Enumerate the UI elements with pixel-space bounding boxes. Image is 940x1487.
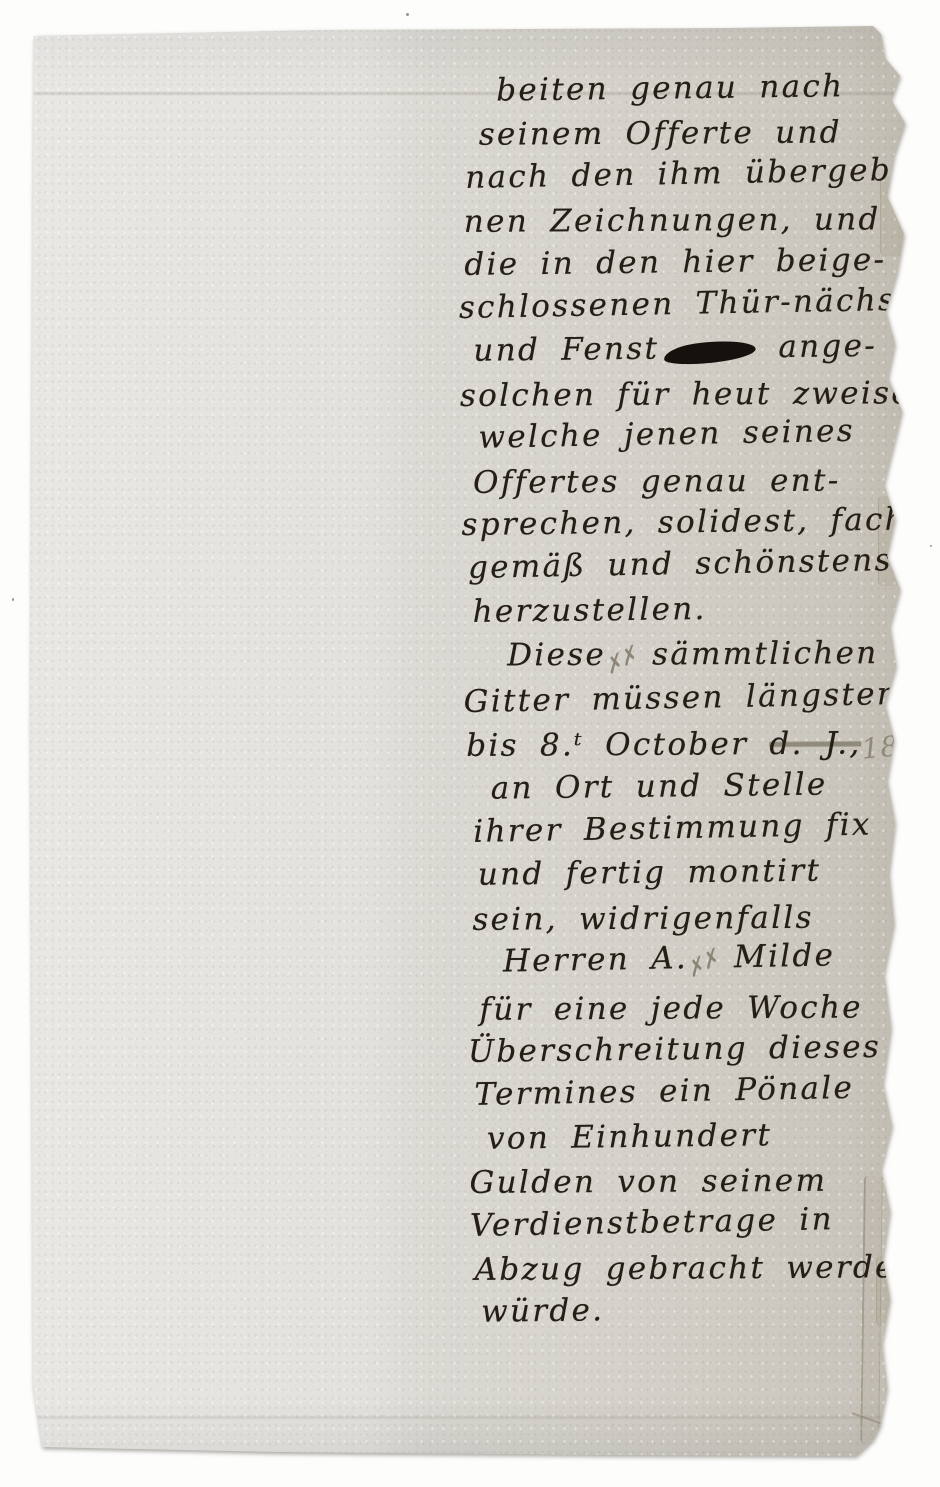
ink-text: solchen für heut zweiser, — [460, 375, 938, 414]
pencil-struck-ink-text: d. J., — [769, 726, 861, 763]
ink-text: nach den ihm übergebe- — [465, 151, 926, 195]
ink-text: seinem Offerte und — [479, 115, 842, 153]
fold-crease-bottom — [28, 1416, 908, 1419]
ink-text: Herren A. — [503, 940, 689, 979]
ink-text: ange- — [757, 328, 877, 365]
handwritten-line-22: für eine jede Woche — [479, 986, 927, 1032]
handwritten-line-3: nach den ihm übergebe- — [465, 148, 918, 200]
ink-blot — [663, 338, 757, 368]
ink-text: Verdienstbetrage in — [470, 1201, 834, 1244]
ink-text: herzustellen. — [472, 591, 706, 630]
handwritten-line-4: nen Zeichnungen, und — [464, 198, 918, 244]
ink-text: ihrer Bestimmung fix — [473, 806, 872, 849]
ink-text: Offertes genau ent- — [473, 462, 841, 500]
handwritten-line-1: beiten genau nach — [496, 64, 916, 113]
handwritten-line-7: und Fenst ange- — [473, 325, 919, 374]
ink-text: gemäß und schönstens — [468, 543, 893, 587]
handwritten-line-27: Verdienstbetrage in — [470, 1196, 931, 1248]
ink-text: sprechen, solidest, fach- — [461, 501, 920, 543]
ink-text: an Ort und Stelle — [491, 766, 828, 806]
handwriting-block: beiten genau nachseinem Offerte undnach … — [456, 64, 931, 1334]
handwritten-line-16: bis 8.ᵗ October d. J.,1887 — [466, 722, 924, 768]
ink-text: bis 8.ᵗ October — [466, 726, 769, 764]
ink-text: Gitter müssen längstens — [463, 675, 917, 719]
handwritten-line-19: und fertig montirt — [478, 849, 926, 898]
scan-speck — [12, 598, 14, 601]
scan-speck — [930, 545, 932, 547]
ink-text: Überschreitung dieses — [468, 1029, 882, 1070]
ink-text: welche jenen seines — [478, 413, 855, 456]
ink-text: sämmtlichen — [631, 635, 879, 673]
handwritten-line-6: schlossenen Thür-nächst= — [459, 279, 920, 331]
pencil-mark: 1887 — [860, 721, 939, 771]
ink-text: Milde — [713, 938, 836, 976]
handwritten-line-15: Gitter müssen längstens — [463, 672, 924, 724]
ink-text: Gulden von seinem — [469, 1163, 827, 1201]
ink-text: Termines ein Pönale — [474, 1070, 854, 1113]
handwritten-line-9: welche jenen seines — [478, 409, 921, 460]
handwritten-line-28: Abzug gebracht werden — [475, 1246, 931, 1292]
handwritten-line-25: von Einhundert — [487, 1112, 929, 1161]
handwritten-line-12: gemäß und schönstens — [468, 539, 923, 591]
ink-text: schlossenen Thür-nächst= — [459, 281, 940, 326]
ink-text: von Einhundert — [487, 1117, 772, 1156]
scan-speck — [406, 13, 409, 16]
ink-text: und Fenst — [473, 331, 659, 369]
scan-background: beiten genau nachseinem Offerte undnach … — [0, 0, 940, 1487]
handwritten-line-10: Offertes genau ent- — [473, 459, 921, 505]
handwritten-line-29: würde. — [481, 1286, 931, 1335]
ink-text: Abzug gebracht werden — [475, 1249, 919, 1288]
ink-text: sein, widrigenfalls — [472, 899, 814, 937]
handwritten-line-13: herzustellen. — [472, 585, 922, 634]
ink-text: nen Zeichnungen, und — [464, 202, 881, 241]
manuscript-page: beiten genau nachseinem Offerte undnach … — [28, 26, 908, 1456]
ink-text: die in den hier beige- — [464, 241, 886, 282]
ink-text: Diese — [507, 637, 606, 674]
handwritten-line-18: ihrer Bestimmung fix — [473, 802, 926, 854]
ink-text: für eine jede Woche — [479, 989, 863, 1027]
ink-text: beiten genau nach — [496, 68, 844, 108]
handwritten-line-24: Termines ein Pönale — [474, 1066, 929, 1118]
ink-text: und fertig montirt — [478, 853, 822, 893]
handwritten-line-21: Herren A.✗✗ Milde — [502, 933, 927, 987]
ink-text: würde. — [481, 1293, 605, 1331]
paper-shadow-wrap: beiten genau nachseinem Offerte undnach … — [0, 0, 940, 1487]
